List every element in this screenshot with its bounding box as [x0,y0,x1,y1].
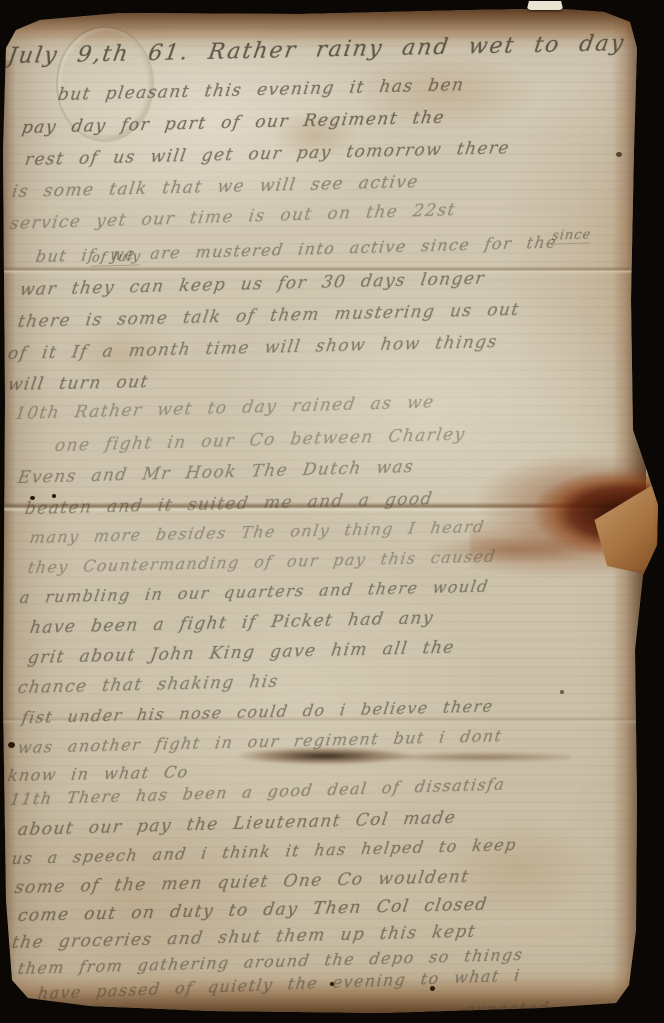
letter-line: service yet our time is out on the 22st [9,200,458,234]
letter-line: fist under his nose could do i believe t… [21,696,495,727]
letter-line: expected [463,998,551,1019]
letter-scan: July 9,th 61. Rather rainy and wet to da… [0,0,664,1023]
letter-line: many more besides The only thing I heard [29,517,487,547]
paper-sheet: July 9,th 61. Rather rainy and wet to da… [0,0,664,1023]
letter-line: beaten and it suited me and a good [23,489,434,519]
interlined-insertion: of July [91,249,142,266]
letter-line: of it If a month time will show how thin… [6,332,499,364]
letter-line: will turn out [6,372,150,395]
letter-line: rest of us will get our pay tomorrow the… [23,138,511,170]
letter-line: a rumbling in our quarters and there wou… [19,577,491,608]
letter-line: 10th Rather wet to day rained as we [14,392,437,424]
letter-line: us a speech and i think it has helped to… [11,835,519,868]
letter-line: some of the men quiet One Co wouldent [13,867,470,898]
letter-line: they Countermanding of our pay this caus… [27,547,498,578]
letter-line: but pleasant this evening it has ben [56,75,465,105]
letter-line: about our pay the Lieutenant Col made [17,808,458,840]
interlined-insertion: since [551,227,592,244]
letter-line: is some talk that we will see active [10,172,420,202]
letter-line: chance that shaking his [16,672,280,698]
letter-line: come out on duty to day Then Col closed [16,894,489,926]
letter-line: was another fight in our regiment but i … [17,726,504,757]
letter-line: know in what Co [7,762,191,785]
letter-line: war they can keep us for 30 days longer [18,269,486,300]
letter-text: July 9,th 61. Rather rainy and wet to da… [0,0,664,1023]
letter-line: Evens and Mr Hook The Dutch was [17,457,416,488]
letter-line: July 9,th 61. Rather rainy and wet to da… [6,31,627,69]
letter-line: grit about John King gave him all the [26,638,456,669]
letter-line: have been a fight if Picket had any [28,608,435,638]
letter-line: one fight in our Co between Charley [54,424,468,456]
letter-line: pay day for part of our Regiment the [20,108,446,138]
letter-line: there is some talk of them mustering us … [16,300,521,332]
